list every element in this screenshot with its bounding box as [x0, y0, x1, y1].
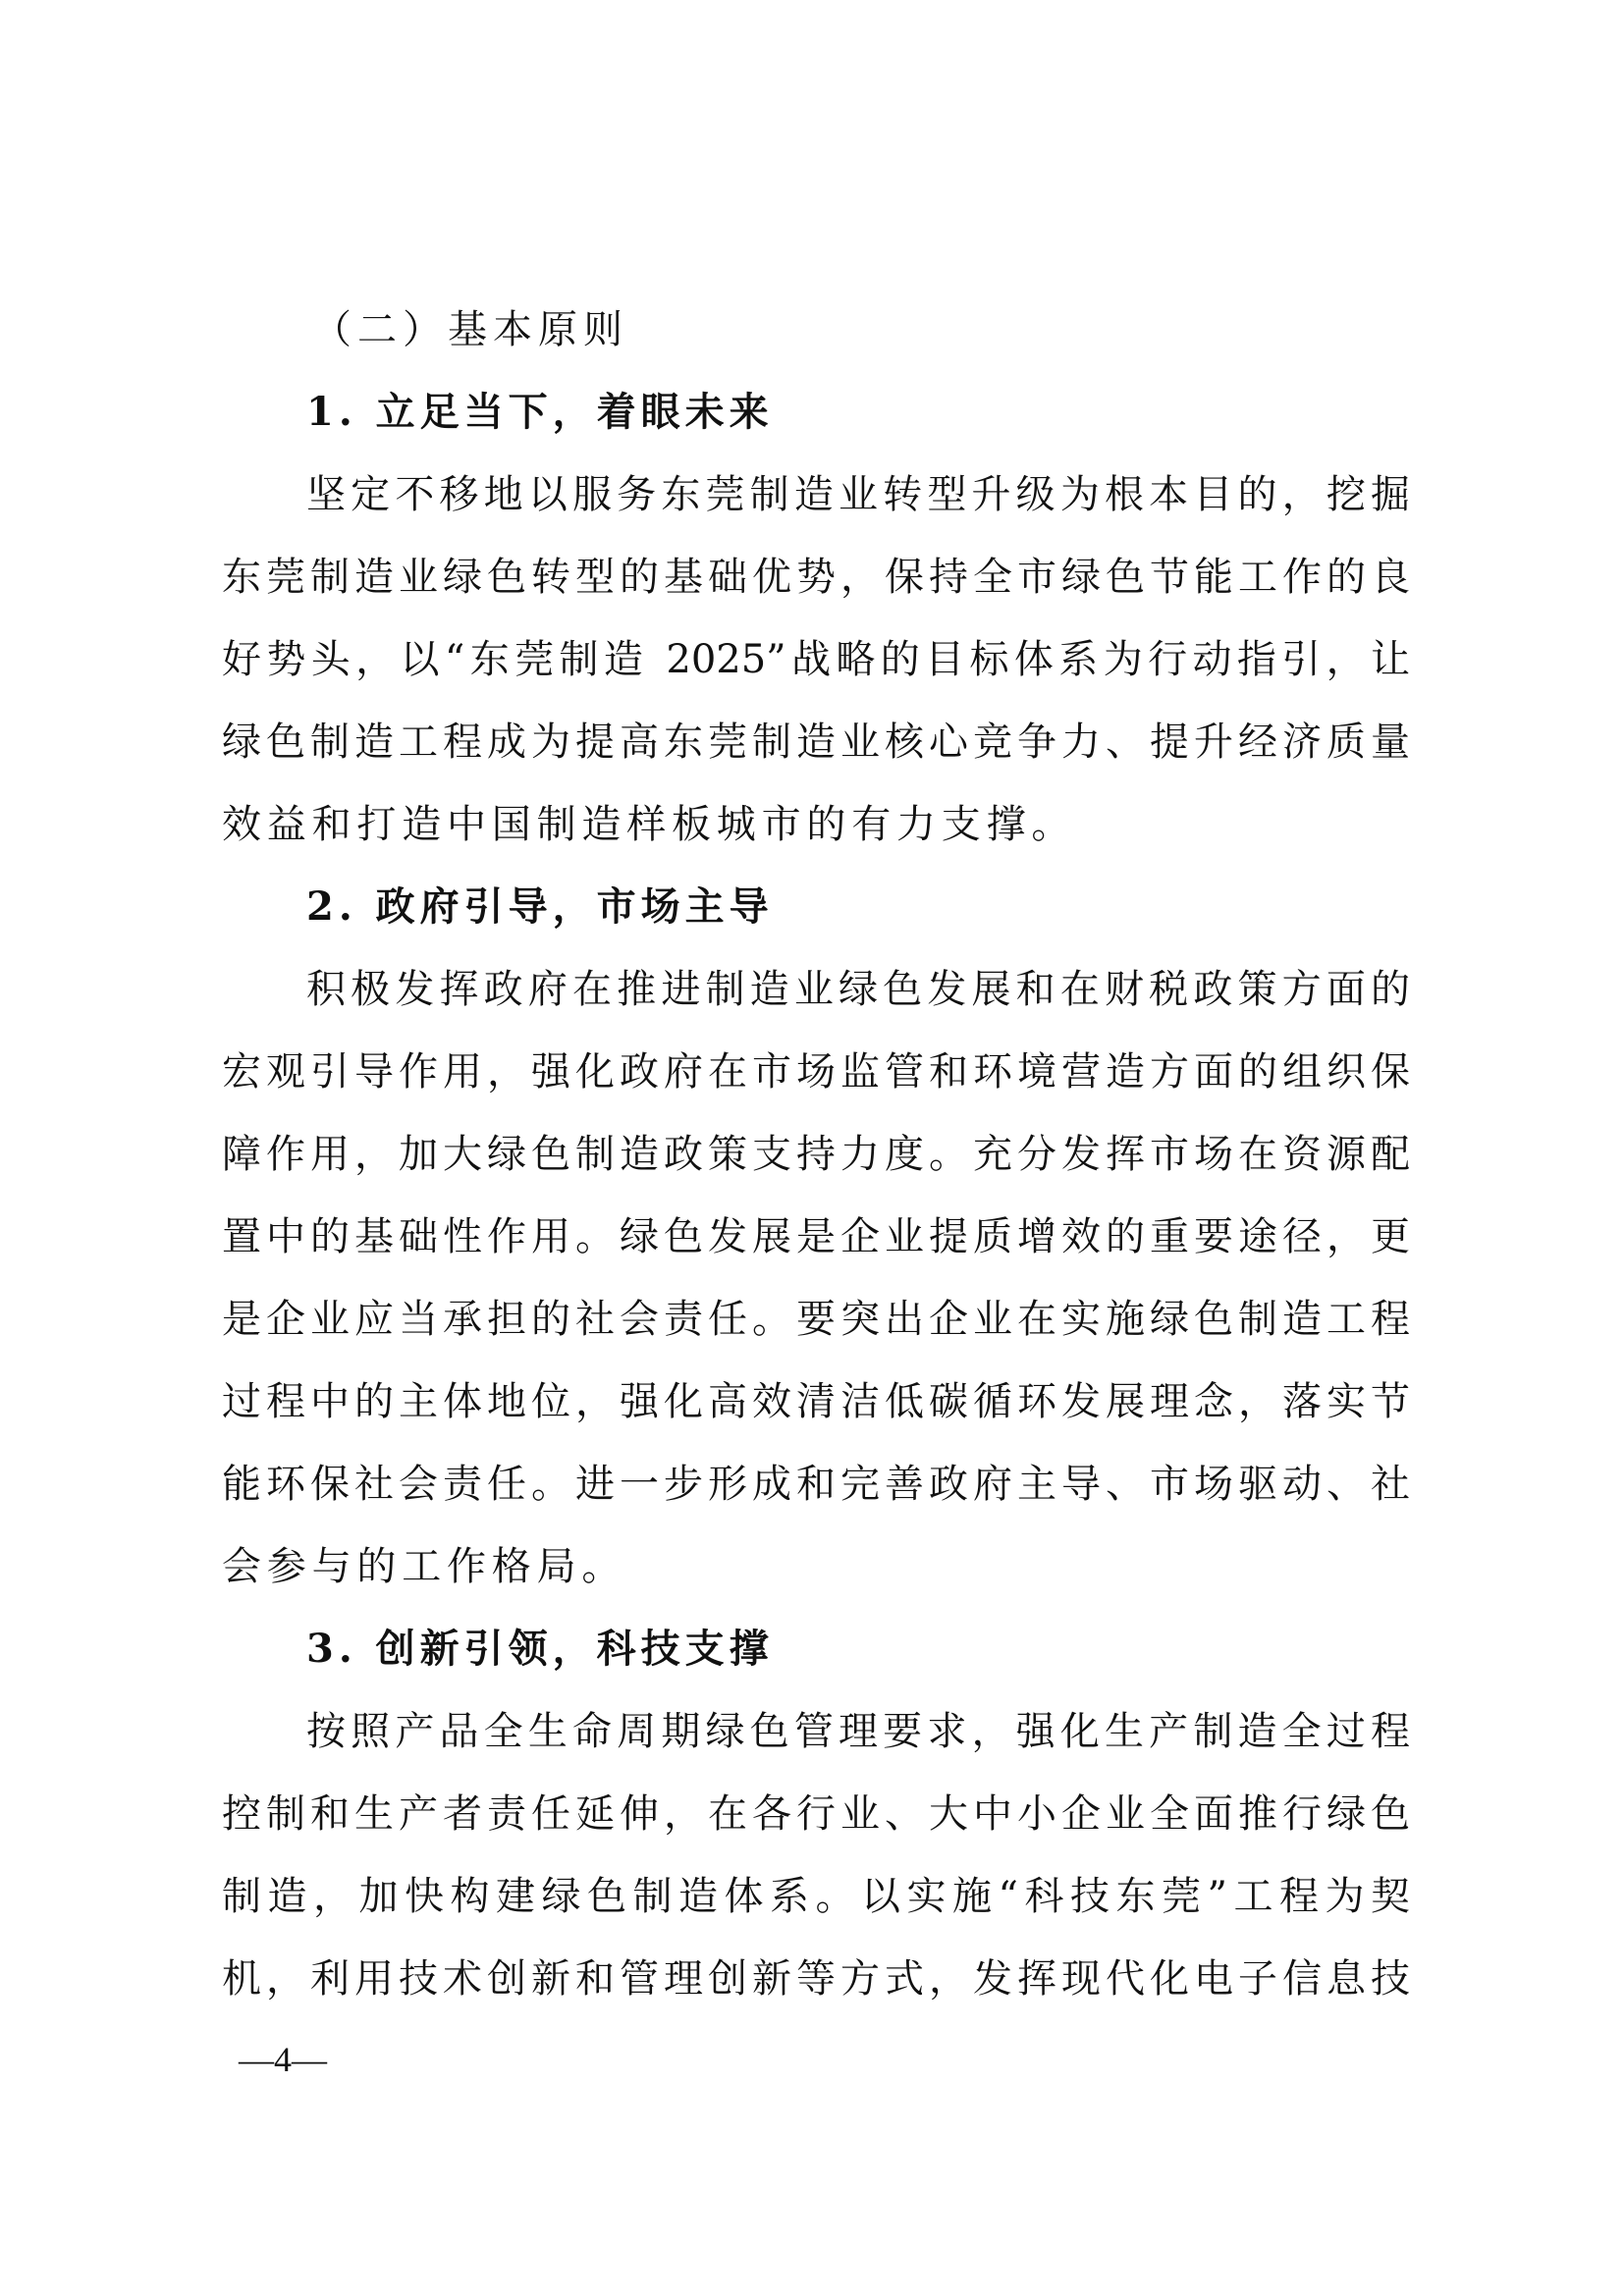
- paragraph-line: 控制和生产者责任延伸，在各行业、大中小企业全面推行绿色: [222, 1785, 1410, 1843]
- paragraph-line: 好势头，以“东莞制造 2025”战略的目标体系为行动指引，让: [222, 630, 1410, 689]
- paragraph-line: 障作用，加大绿色制造政策支持力度。充分发挥市场在资源配: [222, 1125, 1410, 1184]
- paragraph-line: 能环保社会责任。进一步形成和完善政府主导、市场驱动、社: [222, 1455, 1410, 1514]
- paragraph-line: 制造，加快构建绿色制造体系。以实施“科技东莞”工程为契: [222, 1867, 1410, 1926]
- paragraph-line: 坚定不移地以服务东莞制造业转型升级为根本目的，挖掘: [306, 465, 1410, 524]
- principle-2-title: 2. 政府引导，市场主导: [306, 878, 774, 936]
- paragraph-line: 置中的基础性作用。绿色发展是企业提质增效的重要途径，更: [222, 1207, 1410, 1266]
- document-page: （二）基本原则 1. 立足当下，着眼未来 坚定不移地以服务东莞制造业转型升级为根…: [0, 0, 1624, 2296]
- paragraph-line: 积极发挥政府在推进制造业绿色发展和在财税政策方面的: [306, 960, 1410, 1019]
- paragraph-line: 机，利用技术创新和管理创新等方式，发挥现代化电子信息技: [222, 1949, 1410, 2008]
- principle-3-title: 3. 创新引领，科技支撑: [306, 1620, 774, 1679]
- paragraph-line: 会参与的工作格局。: [222, 1537, 1410, 1596]
- paragraph-line: 按照产品全生命周期绿色管理要求，强化生产制造全过程: [306, 1702, 1410, 1761]
- principle-1-title: 1. 立足当下，着眼未来: [306, 383, 774, 442]
- paragraph-line: 宏观引导作用，强化政府在市场监管和环境营造方面的组织保: [222, 1042, 1410, 1101]
- paragraph-line: 绿色制造工程成为提高东莞制造业核心竞争力、提升经济质量: [222, 713, 1410, 772]
- paragraph-line: 东莞制造业绿色转型的基础优势，保持全市绿色节能工作的良: [222, 548, 1410, 607]
- paragraph-line: 是企业应当承担的社会责任。要突出企业在实施绿色制造工程: [222, 1290, 1410, 1349]
- paragraph-line: 过程中的主体地位，强化高效清洁低碳循环发展理念，落实节: [222, 1372, 1410, 1431]
- section-heading: （二）基本原则: [312, 300, 628, 359]
- page-number: —4—: [239, 2035, 327, 2084]
- paragraph-line: 效益和打造中国制造样板城市的有力支撑。: [222, 795, 1410, 854]
